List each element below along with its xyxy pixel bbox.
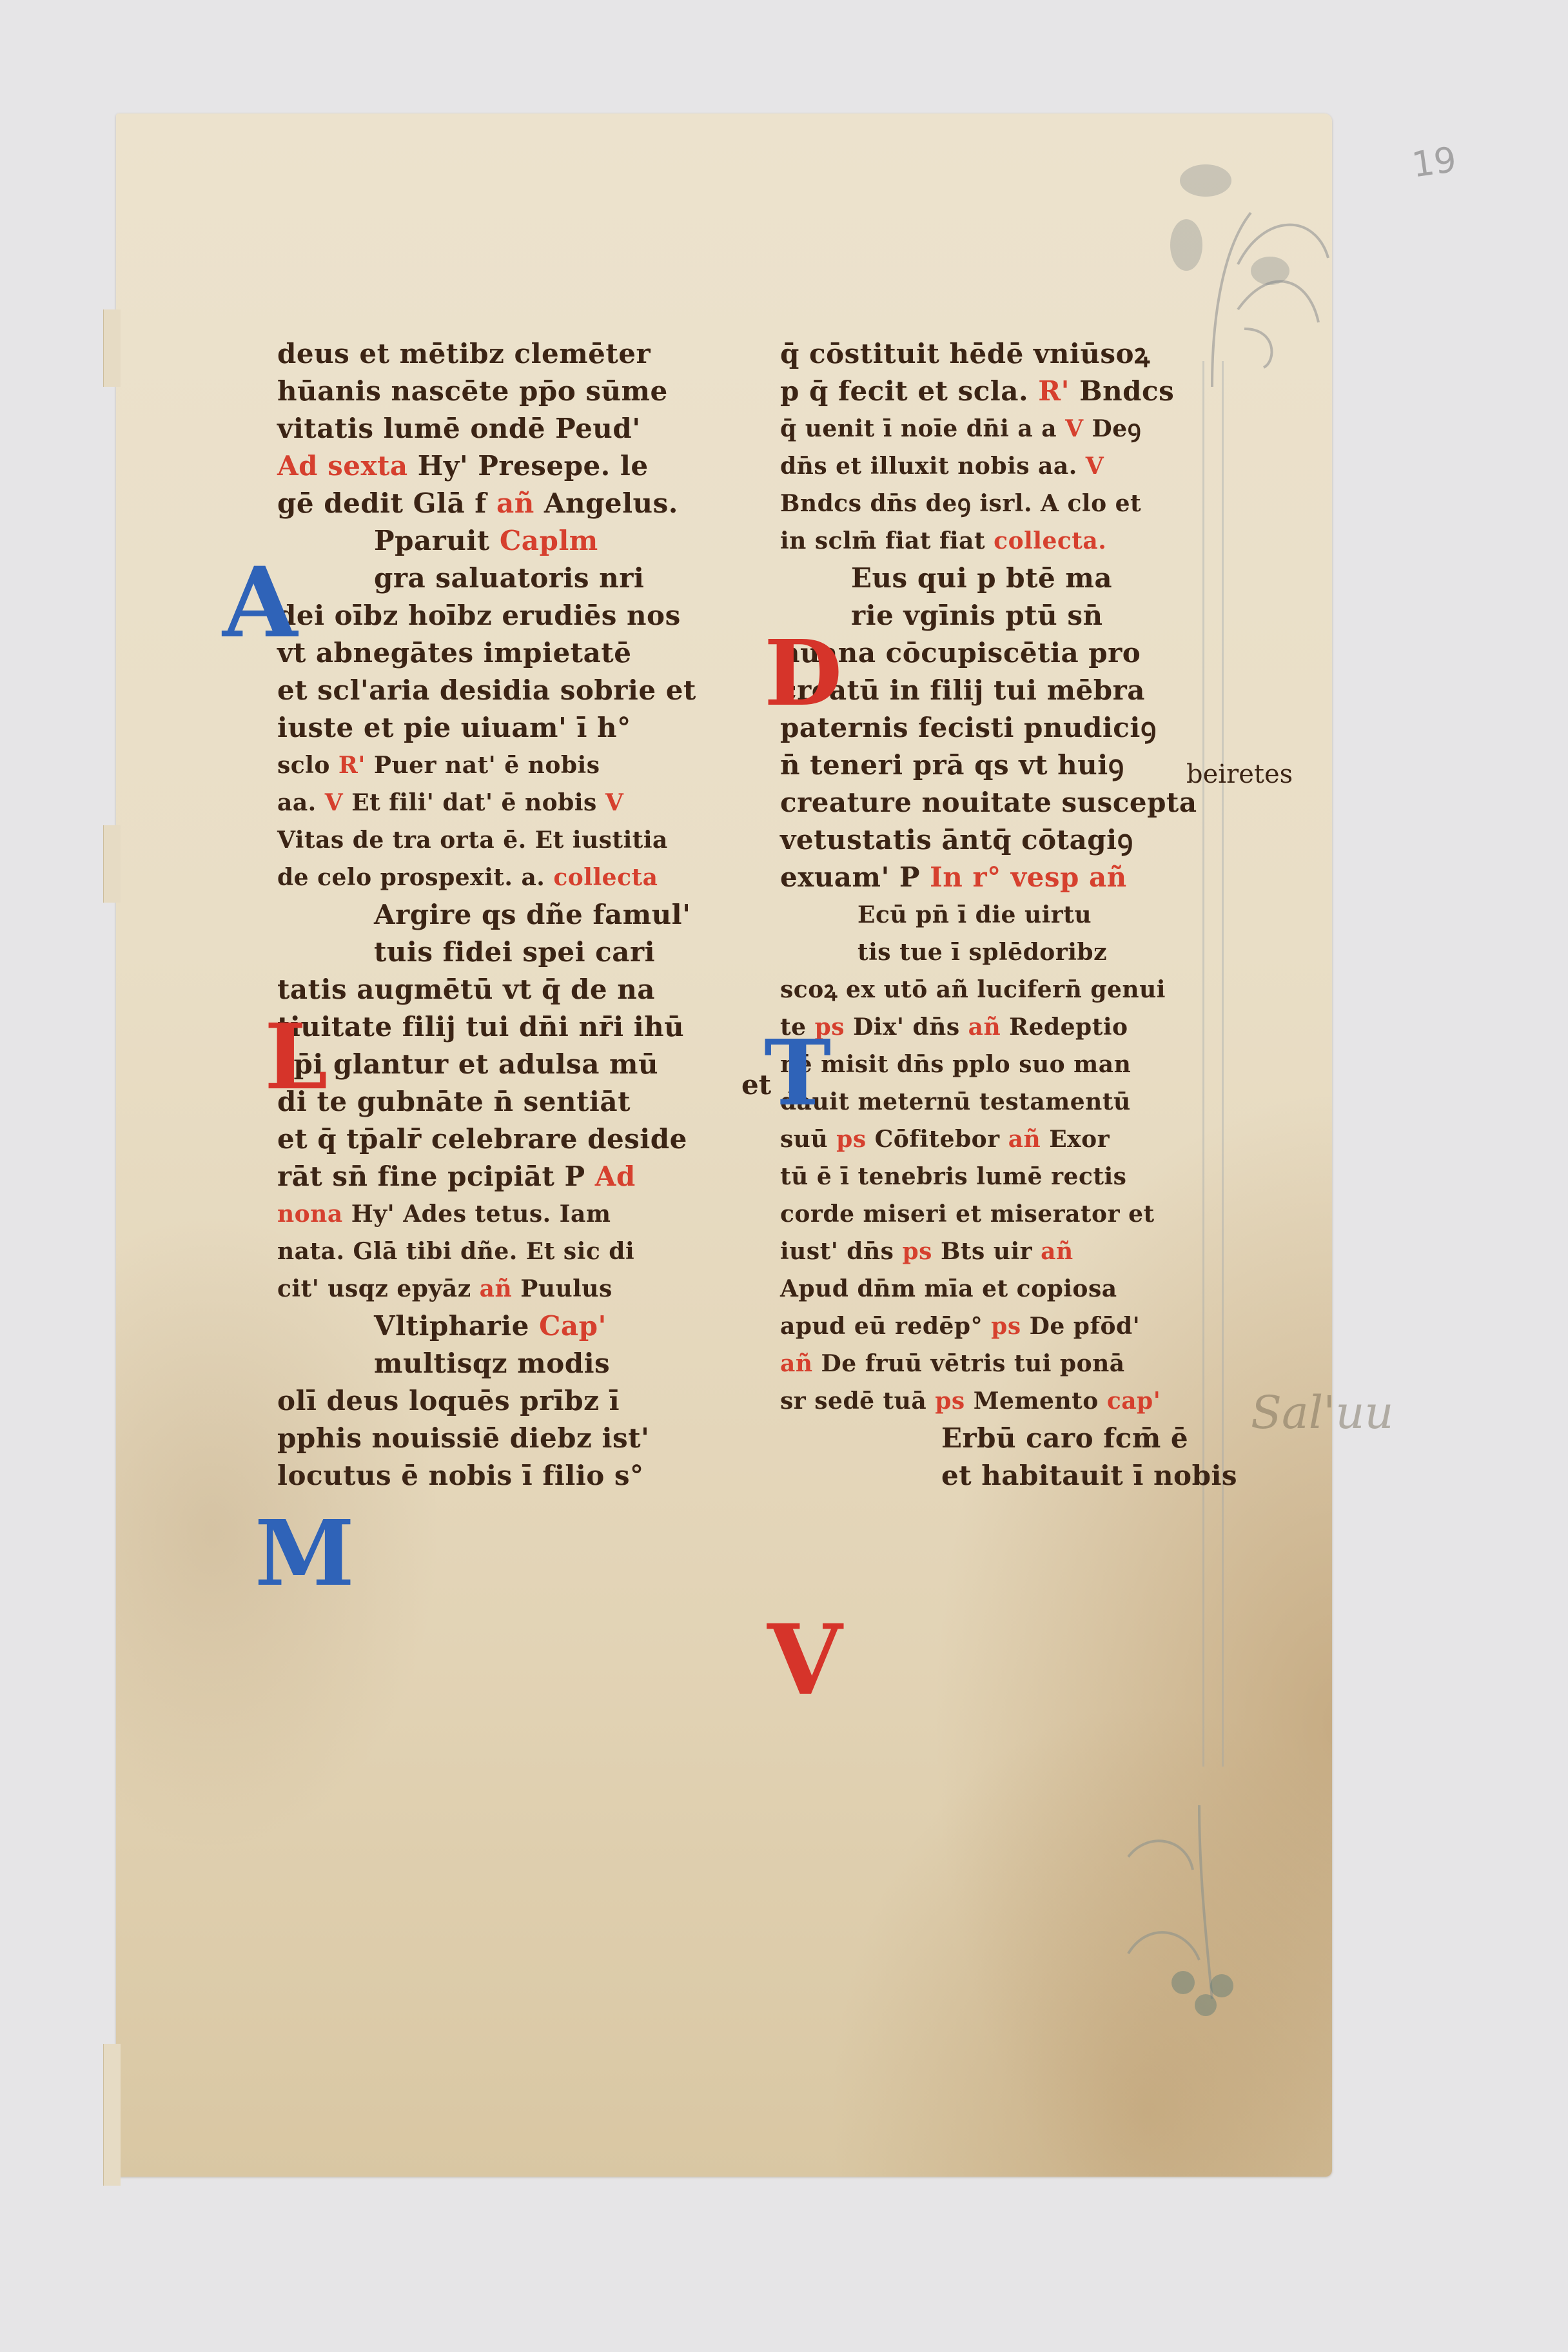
text-line: tis tue ī splēdoribz: [780, 934, 1219, 971]
text-line: Argire qs dñe famul': [277, 896, 741, 934]
leaf-torn-edge: [103, 309, 121, 387]
faded-offset-text: Sal'uu: [1251, 1386, 1393, 1439]
initial-a-blue: A: [222, 554, 297, 651]
leaf-torn-edge: [103, 825, 121, 903]
rubric: R': [1038, 375, 1070, 407]
text-line: hūana cōcupiscētia pro: [780, 634, 1219, 672]
rubric: añ: [480, 1275, 513, 1302]
text-line: et q̄ tp̄alr̄ celebrare deside: [277, 1121, 741, 1158]
text-line: corde miseri et miserator et: [780, 1195, 1219, 1233]
ruling-line: [1222, 361, 1224, 1767]
text-line: cit' usqz epyāz añ Puulus: [277, 1270, 741, 1308]
rubric: ps: [836, 1126, 866, 1153]
text-line: di te gubnāte n̄ sentiāt: [277, 1083, 741, 1121]
text-line: rie vgīnis ptū sn̄: [780, 597, 1219, 634]
text-line: dauit meternū testamentū: [780, 1083, 1219, 1121]
rubric: nona: [277, 1200, 343, 1228]
text-line: xp̄i glantur et adulsa mū: [277, 1046, 741, 1083]
text-line: hūanis nascēte pp̄o sūme: [277, 373, 741, 410]
rubric: cap': [1107, 1387, 1161, 1415]
text-line: Bndcs dn̄s deꝯ isrl. A clo et: [780, 485, 1219, 522]
initial-t-blue: T: [764, 1028, 831, 1119]
text-line: creature nouitate suscepta: [780, 784, 1219, 821]
text-line: Pparuit Caplm: [277, 522, 741, 560]
text-line: Apud dn̄m mīa et copiosa: [780, 1270, 1219, 1308]
text-line: q̄ cōstituit hēdē vniūsoꝝ: [780, 335, 1219, 373]
text-line: dei oībz hoībz erudiēs nos: [277, 597, 741, 634]
text-line: rāt sn̄ fine pcipiāt P Ad: [277, 1158, 741, 1195]
rubric: V: [605, 789, 623, 816]
text-line: olī deus loquēs prībz ī: [277, 1382, 741, 1420]
marginal-vine-sketch-bottom: [1109, 1805, 1277, 2024]
rubric: ps: [902, 1238, 932, 1265]
text-line: te ps Dix' dn̄s añ Redeptio: [780, 1008, 1219, 1046]
text-line: exuam' P In r° vesp añ: [780, 859, 1219, 896]
rubric: ps: [991, 1313, 1021, 1340]
text-line: Vltipharie Cap': [277, 1308, 741, 1345]
text-line: tū ē ī tenebris lumē rectis: [780, 1158, 1219, 1195]
rubric: R': [338, 752, 366, 779]
text-line: deus et mētibz clemēter: [277, 335, 741, 373]
text-line: q̄ uenit ī noīe dn̄i a a V Deꝯ: [780, 410, 1219, 447]
text-line: gra saluatoris nri: [277, 560, 741, 597]
rubric: In r° vesp añ: [930, 861, 1127, 893]
rubric: añ: [1008, 1126, 1041, 1153]
rubric: Ad: [595, 1161, 636, 1192]
text-line: sr sedē tuā ps Memento cap': [780, 1382, 1219, 1420]
rubric: V: [1086, 453, 1104, 480]
text-line: p q̄ fecit et scla. R' Bndcs: [780, 373, 1219, 410]
text-line: dn̄s et illuxit nobis aa. V: [780, 447, 1219, 485]
rubric: V: [1065, 415, 1083, 442]
text-line: gē dedit Glā f añ Angelus.: [277, 485, 741, 522]
text-line: nona Hy' Ades tetus. Iam: [277, 1195, 741, 1233]
text-line: tuis fidei spei cari: [277, 934, 741, 971]
text-line: aa. V Et fili' dat' ē nobis V: [277, 784, 741, 821]
text-line: sclo R' Puer nat' ē nobis: [277, 747, 741, 784]
rubric: Ad sexta: [277, 450, 408, 482]
text-line: de celo prospexit. a. collecta: [277, 859, 741, 896]
text-line: Eus qui p btē ma: [780, 560, 1219, 597]
text-line: tatis augmētū vt q̄ de na: [277, 971, 741, 1008]
rubric: ps: [935, 1387, 965, 1415]
text-line: nē misit dn̄s pplo suo man: [780, 1046, 1219, 1083]
text-line: Erbū caro fcm̄ ē: [780, 1420, 1219, 1457]
text-line: vitatis lumē ondē Peud': [277, 410, 741, 447]
initial-l-red: L: [264, 1012, 328, 1102]
text-line: suū ps Cōfitebor añ Exor: [780, 1121, 1219, 1158]
rubric: Caplm: [500, 525, 598, 556]
text-line: Vitas de tra orta ē. Et iustitia: [277, 821, 741, 859]
text-line: multisqz modis: [277, 1345, 741, 1382]
rubric: añ: [496, 487, 534, 519]
text-line: nata. Glā tibi dñe. Et sic di: [277, 1233, 741, 1270]
text-line: vetustatis āntq̄ cōtagiꝯ: [780, 821, 1219, 859]
text-line: et scl'aria desidia sobrie et: [277, 672, 741, 709]
text-line: Ad sexta Hy' Presepe. le: [277, 447, 741, 485]
rubric: añ: [780, 1350, 813, 1377]
text-line: in sclm̄ fiat fiat collecta.: [780, 522, 1219, 560]
rubric: collecta.: [994, 527, 1106, 554]
text-line: scoꝝ ex utō añ lucifern̄ genui: [780, 971, 1219, 1008]
text-line: vt abnegātes impietatē: [277, 634, 741, 672]
initial-v-red: V: [767, 1612, 842, 1709]
text-line: n̄ teneri prā qs vt huiꝯ: [780, 747, 1219, 784]
text-line: pphis nouissiē diebz ist': [277, 1420, 741, 1457]
folio-number: 19: [1409, 139, 1459, 186]
text-line: paternis fecisti pnudiciꝯ: [780, 709, 1219, 747]
marginal-addition: beiretes: [1186, 759, 1293, 789]
text-line: et habitauit ī nobis: [780, 1457, 1219, 1494]
rubric: añ: [1041, 1238, 1073, 1265]
initial-d-red: D: [764, 629, 842, 719]
leaf-stub-edge: [103, 2044, 121, 2186]
initial-m-blue: M: [255, 1509, 355, 1599]
left-text-column: deus et mētibz clemēter hūanis nascēte p…: [277, 335, 741, 1494]
text-line: Ecū pn̄ ī die uirtu: [780, 896, 1219, 934]
text-line: creatū in filij tui mēbra: [780, 672, 1219, 709]
rubric: V: [325, 789, 343, 816]
rubric: añ: [968, 1014, 1001, 1041]
text-line: locutus ē nobis ī filio s°: [277, 1457, 741, 1494]
rubric: Cap': [539, 1310, 607, 1342]
rubric: collecta: [553, 864, 658, 891]
text-line: añ De fruū vētris tui ponā: [780, 1345, 1219, 1382]
text-line: apud eū redēp° ps De pfōd': [780, 1308, 1219, 1345]
text-line: iust' dn̄s ps Bts uir añ: [780, 1233, 1219, 1270]
right-text-column: q̄ cōstituit hēdē vniūsoꝝ p q̄ fecit et …: [780, 335, 1219, 1494]
text-line: tiuitate filij tui dn̄i nr̄i ihū: [277, 1008, 741, 1046]
text-line: iuste et pie uiuam' ī h°: [277, 709, 741, 747]
